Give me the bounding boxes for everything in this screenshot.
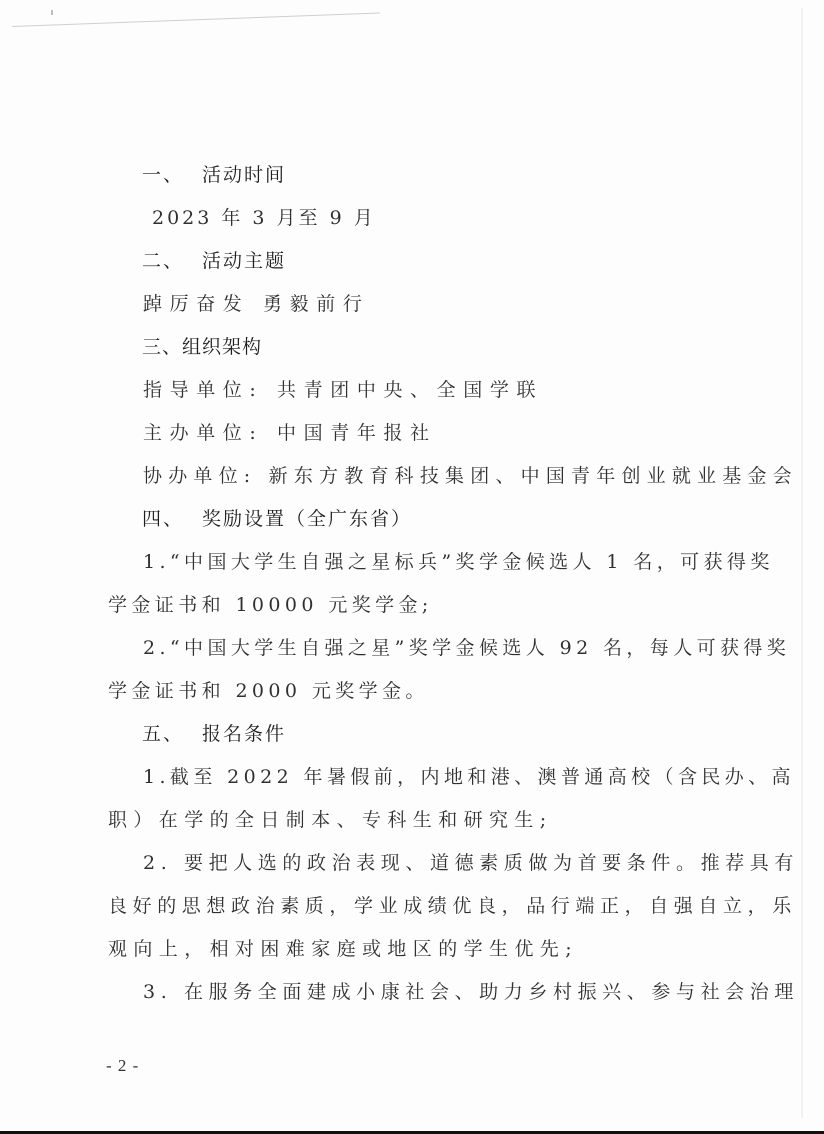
document-page: 一、活动时间 2023 年 3 月至 9 月 二、活动主题 踔厉奋发 勇毅前行 … xyxy=(0,0,824,1131)
page-edge xyxy=(801,8,803,1118)
section-title: 报名条件 xyxy=(202,723,286,745)
section-number: 四、 xyxy=(142,508,184,530)
section-heading-4: 四、奖励设置（全广东省） xyxy=(142,507,412,531)
section-heading-2: 二、活动主题 xyxy=(142,249,286,273)
section-number: 五、 xyxy=(142,723,184,745)
award-item-2: 2.“中国大学生自强之星”奖学金候选人 92 名，每人可获得奖 xyxy=(143,636,790,660)
condition-3: 3. 在服务全面建成小康社会、助力乡村振兴、参与社会治理 xyxy=(143,980,799,1004)
section-heading-3: 三、组织架构 xyxy=(142,335,262,359)
host-unit: 主办单位: 中国青年报社 xyxy=(143,421,437,445)
section-title: 组织架构 xyxy=(182,336,262,358)
header-rule xyxy=(12,13,380,27)
section-title: 活动主题 xyxy=(202,250,286,272)
activity-time: 2023 年 3 月至 9 月 xyxy=(152,206,376,230)
co-host-unit: 协办单位: 新东方教育科技集团、中国青年创业就业基金会 xyxy=(143,464,798,488)
condition-1-cont: 职）在学的全日制本、专科生和研究生; xyxy=(108,808,553,832)
award-item-2-cont: 学金证书和 2000 元奖学金。 xyxy=(108,679,429,703)
condition-2-cont-1: 良好的思想政治素质，学业成绩优良，品行端正，自强自立，乐 xyxy=(108,894,797,918)
scan-mark xyxy=(51,10,53,15)
section-number: 二、 xyxy=(142,250,184,272)
condition-1: 1.截至 2022 年暑假前，内地和港、澳普通高校（含民办、高 xyxy=(143,765,795,789)
guiding-unit: 指导单位: 共青团中央、全国学联 xyxy=(143,378,543,402)
condition-2: 2. 要把人选的政治表现、道德素质做为首要条件。推荐具有 xyxy=(143,851,799,875)
section-title: 活动时间 xyxy=(202,164,286,186)
award-item-1: 1.“中国大学生自强之星标兵”奖学金候选人 1 名，可获得奖 xyxy=(143,550,774,574)
award-item-1-cont: 学金证书和 10000 元奖学金; xyxy=(108,593,433,617)
section-heading-1: 一、活动时间 xyxy=(142,163,286,187)
activity-theme: 踔厉奋发 勇毅前行 xyxy=(143,292,369,316)
section-heading-5: 五、报名条件 xyxy=(142,722,286,746)
section-title: 奖励设置（全广东省） xyxy=(202,508,412,530)
section-number: 一、 xyxy=(142,164,184,186)
condition-2-cont-2: 观向上，相对困难家庭或地区的学生优先; xyxy=(108,937,578,961)
section-number: 三、 xyxy=(142,336,182,358)
page-number: - 2 - xyxy=(106,1056,139,1076)
